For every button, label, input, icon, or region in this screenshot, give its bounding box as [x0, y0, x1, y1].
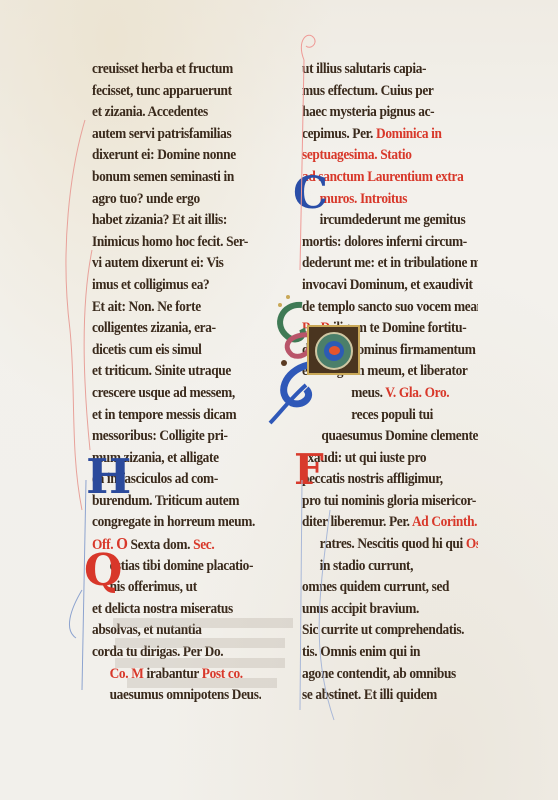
initial-bowl [315, 332, 353, 370]
text-line: Inimicus homo hoc fecit. Ser- [92, 231, 261, 253]
text-line: haec mysteria pignus ac- [302, 101, 478, 123]
text-rubric-line: cepimus. Per. Dominica in [302, 123, 478, 145]
blue-pen-flourish-icon [60, 470, 100, 700]
initial-inner [324, 341, 344, 361]
offertory-text: Sexta dom. [131, 536, 191, 553]
show-through-texture [105, 612, 305, 702]
text-line: ratres. Nescitis quod hi qui [320, 535, 463, 552]
text-line: dixerunt ei: Domine nonne [92, 144, 261, 166]
text-line: dederunt me: et in tribulatione mea [302, 252, 478, 274]
text-line: messoribus: Colligite pri- [92, 425, 261, 447]
text-line: de templo sancto suo vocem meam. [302, 296, 478, 318]
rubric-line: septuagesima. Statio [302, 144, 478, 166]
rubric-heading-inline: Dominica in [376, 125, 442, 142]
text-line: colligentes zizania, era- [92, 317, 261, 339]
text-line: autem servi patrisfamilias [92, 123, 261, 145]
text-line: imus et colligimus ea? [92, 274, 261, 296]
illuminated-initial-p [307, 325, 360, 375]
text-line: habet zizania? Et ait illis: [92, 209, 261, 231]
oratio-rubric: Oro. [425, 384, 450, 401]
text-line: et zizania. Accedentes [92, 101, 261, 123]
text-line: creuisset herba et fructum [92, 58, 261, 80]
blue-pen-flourish-icon [290, 470, 340, 730]
text-line: mortis: dolores inferni circum- [302, 231, 478, 253]
gloria-line: meus. V. Gla. Oro. [302, 382, 478, 404]
text-line: congregate in horreum meum. [92, 511, 261, 533]
gloria-text: meus. [351, 384, 382, 401]
text-line: et in tempore messis dicam [92, 404, 261, 426]
secret-rubric: Sec. [193, 536, 214, 553]
text-line: mus effectum. Cuius per [302, 80, 478, 102]
rubric-line: ad sanctum Laurentium extra [302, 166, 478, 188]
text-line: vi autem dixerunt ei: Vis [92, 252, 261, 274]
text-line: bonum semen seminasti in [92, 166, 261, 188]
manuscript-page: creuisset herba et fructum fecisset, tun… [0, 0, 558, 800]
text-line: fecisset, tunc apparuerunt [92, 80, 261, 102]
rubric-end: Os. [466, 535, 478, 552]
epistle-rubric: Ad Corinth. [412, 513, 477, 530]
text-line: ircumdederunt me gemitus [302, 209, 478, 231]
text-line: dicetis cum eis simul [92, 339, 261, 361]
initial-core [329, 346, 340, 355]
text-line: ut illius salutaris capia- [302, 58, 478, 80]
rubric-line: muros. Introitus [302, 188, 478, 210]
text-line: agro tuo? unde ergo [92, 188, 261, 210]
text-line: crescere usque ad messem, [92, 382, 261, 404]
text-line: quaesumus Domine clementer [302, 425, 478, 447]
text-line: reces populi tui [302, 404, 478, 426]
text-line: invocavi Dominum, et exaudivit [302, 274, 478, 296]
red-pen-flourish-icon [290, 20, 320, 280]
gloria-marker: V. Gla. [385, 384, 421, 401]
text-line: et triticum. Sinite utraque [92, 360, 261, 382]
text-line: exaudi: ut qui iuste pro [302, 447, 478, 469]
text-line: Et ait: Non. Ne forte [92, 296, 261, 318]
